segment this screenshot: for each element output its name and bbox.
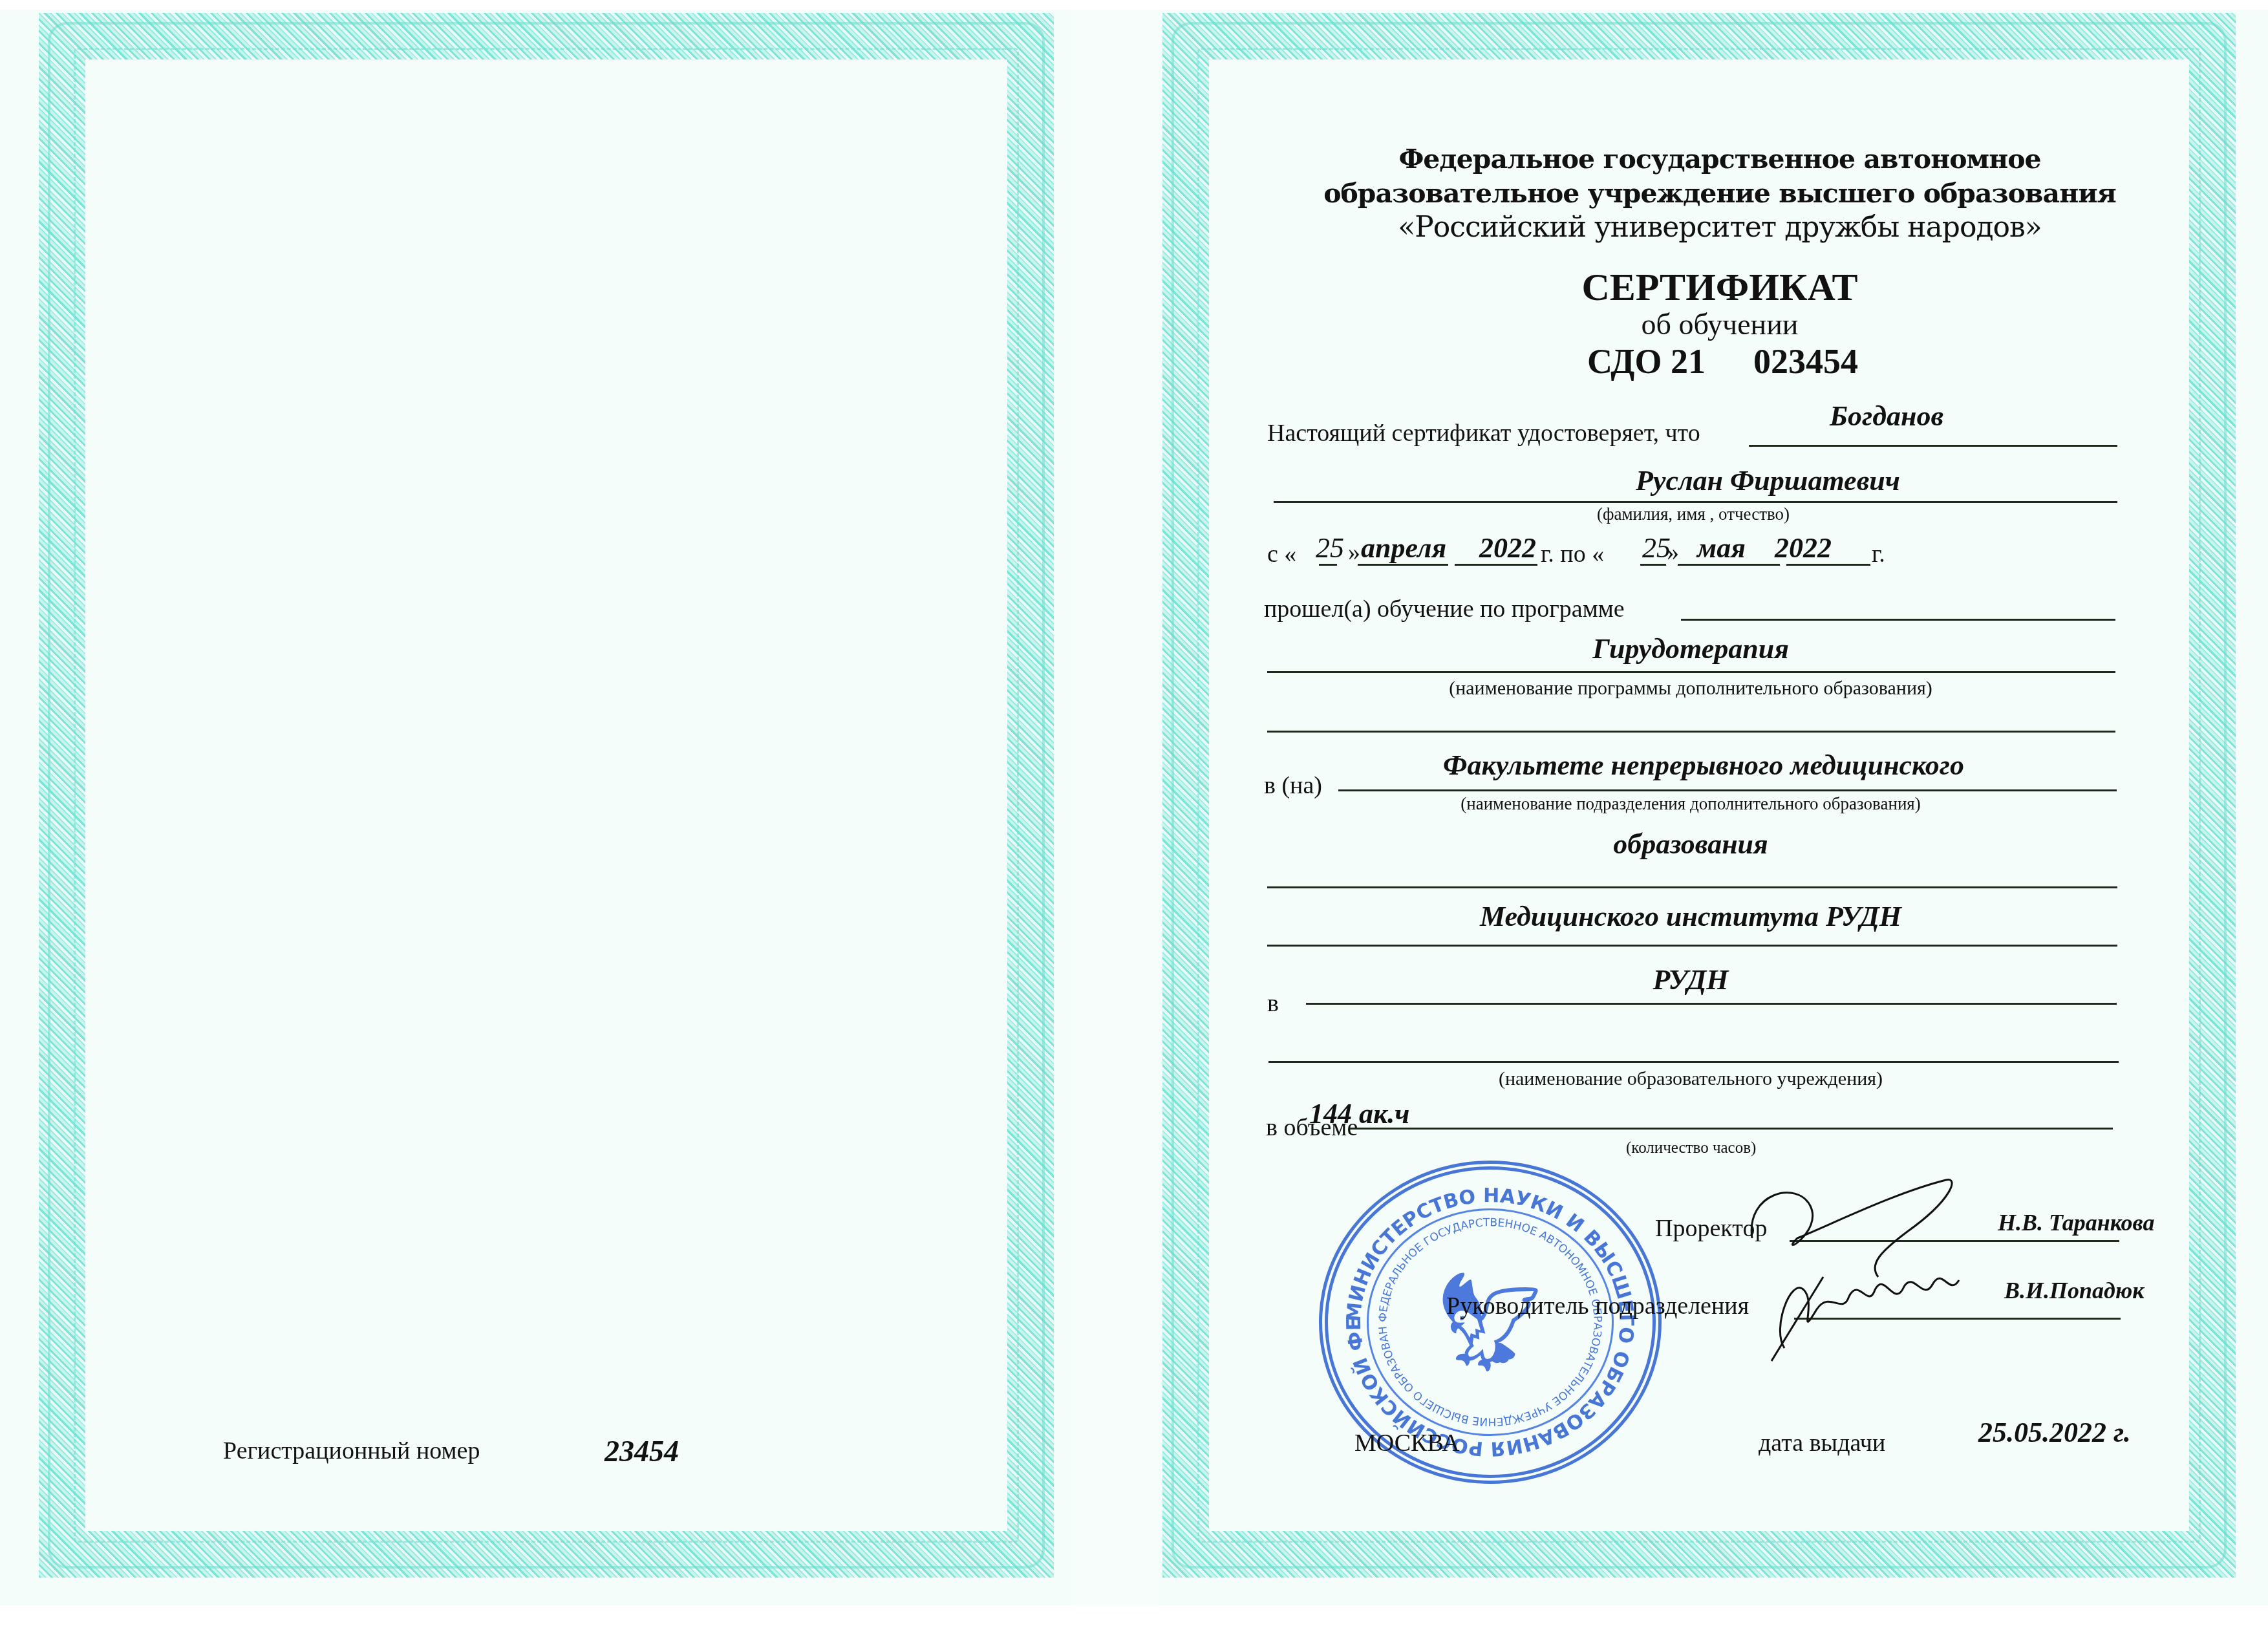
period-suffix: г. [1872, 540, 1885, 568]
city: МОСКВА [1354, 1429, 1460, 1457]
organization-hint: (наименование образовательного учреждени… [1267, 1068, 2114, 1090]
institution-line-2: образовательное учреждение высшего образ… [1293, 178, 2146, 209]
certifies-label: Настоящий сертификат удостоверяет, что [1267, 419, 1700, 447]
period-to-year: 2022 [1775, 531, 1832, 564]
volume-value: 144 ак.ч [1309, 1097, 1409, 1130]
underline-division-2 [1267, 886, 2117, 888]
registration-label: Регистрационный номер [223, 1437, 480, 1465]
issue-date: 25.05.2022 г. [1978, 1416, 2131, 1449]
underline-program [1267, 671, 2115, 673]
certificate-number: 023454 [1753, 341, 1858, 381]
underline-organization-2 [1268, 1061, 2119, 1063]
period-from-prefix: с « [1267, 540, 1296, 568]
organization-name: РУДН [1267, 963, 2114, 996]
holder-surname: Богданов [1830, 400, 1943, 433]
division-hint: (наименование подразделения дополнительн… [1267, 794, 2114, 814]
signatory-2-role: Руководитель подразделения [1446, 1292, 1749, 1320]
underline-organization [1306, 1003, 2117, 1005]
volume-hint: (количество часов) [1626, 1139, 1756, 1157]
guilloche-border-left [39, 13, 1054, 1578]
underline-volume-rest [1609, 1128, 2113, 1130]
name-hint: (фамилия, имя , отчество) [1597, 504, 1790, 524]
program-label: прошел(а) обучение по программе [1264, 595, 1625, 623]
division-line-1: Факультете непрерывного медицинского [1293, 749, 2114, 782]
underline-division-3 [1267, 945, 2117, 947]
holder-name-patronymic: Руслан Фиршатевич [1636, 464, 1900, 497]
page-fold [1071, 10, 1159, 1605]
signatory-1-name: Н.В. Таранкова [1998, 1209, 2154, 1236]
certificate-series: СДО 21 [1587, 341, 1706, 381]
organization-label: в [1267, 989, 1279, 1018]
certificate-subtitle: об обучении [1584, 307, 1856, 341]
signature-2-icon [1746, 1251, 1991, 1367]
registration-number: 23454 [604, 1434, 679, 1468]
period-to-mid: » [1667, 538, 1679, 566]
underline-name [1274, 501, 2117, 503]
period-from-year: 2022 [1479, 531, 1536, 564]
coat-of-arms-eagle-icon: 🦅︎ [1429, 1265, 1552, 1379]
institution-line-3: «Российский университет дружбы народов» [1293, 211, 2146, 244]
signatory-2-name: В.И.Попадюк [2004, 1277, 2144, 1304]
division-line-3: Медицинского института РУДН [1267, 900, 2114, 933]
institution-line-1: Федеральное государственное автономное [1293, 144, 2146, 175]
underline-program-label [1681, 619, 2115, 621]
program-hint: (наименование программы дополнительного … [1267, 678, 2114, 700]
issue-date-label: дата выдачи [1759, 1429, 1885, 1457]
period-to-month: мая [1697, 531, 1746, 564]
period-from-day: 25 [1316, 531, 1344, 564]
period-to-prefix: г. по « [1541, 540, 1604, 568]
program-name: Гирудотерапия [1267, 632, 2114, 665]
certificate-title: СЕРТИФИКАТ [1552, 265, 1888, 310]
underline-surname [1749, 445, 2117, 447]
division-line-2: образования [1267, 828, 2114, 861]
underline-division [1338, 789, 2117, 791]
underline-program-extra [1267, 731, 2115, 733]
period-from-mid: » [1348, 538, 1360, 566]
period-from-month: апреля [1361, 531, 1446, 564]
